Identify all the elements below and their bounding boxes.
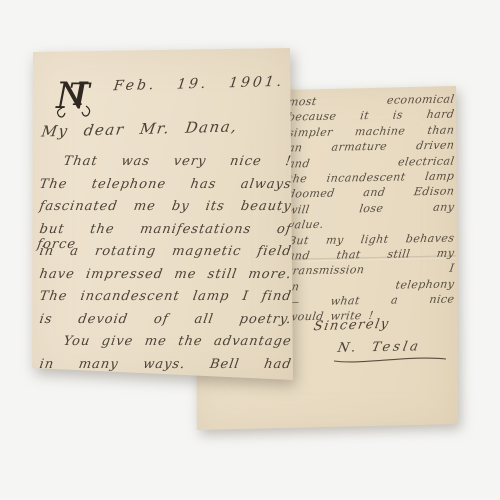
handwritten-line: have impressed me still more. [37,267,293,290]
handwritten-line: is devoid of all poetry. [37,312,293,335]
signature-flourish [332,354,448,366]
handwritten-line: but the manifestations of force [37,222,293,245]
letter-closing: Sincerely [312,317,391,335]
handwritten-line: You give me the advantage [37,334,293,357]
svg-text:T: T [69,77,92,113]
letter-page-1: N T Feb. 19. 1901. My dear Mr. Dana, Tha… [30,46,296,382]
letter-salutation: My dear Mr. Dana, [40,117,239,140]
handwritten-line: The telephone has always [37,177,293,200]
handwritten-line: in a rotating magnetic field [37,244,293,267]
handwritten-line: fascinated me by its beauty [37,199,293,222]
handwritten-line: in many ways. Bell had [37,357,293,380]
handwritten-line: The incandescent lamp I find [37,289,293,312]
letter-date: Feb. 19. 1901. [113,74,286,94]
nt-monogram-icon: N T [52,68,100,120]
letter-page-2-text: most economical because it is hard simpl… [288,94,454,325]
handwritten-line: That was very nice ! [37,154,293,177]
letter-page-1-text: That was very nice ! The telephone has a… [39,154,291,379]
photo-background: most economical because it is hard simpl… [0,0,500,500]
